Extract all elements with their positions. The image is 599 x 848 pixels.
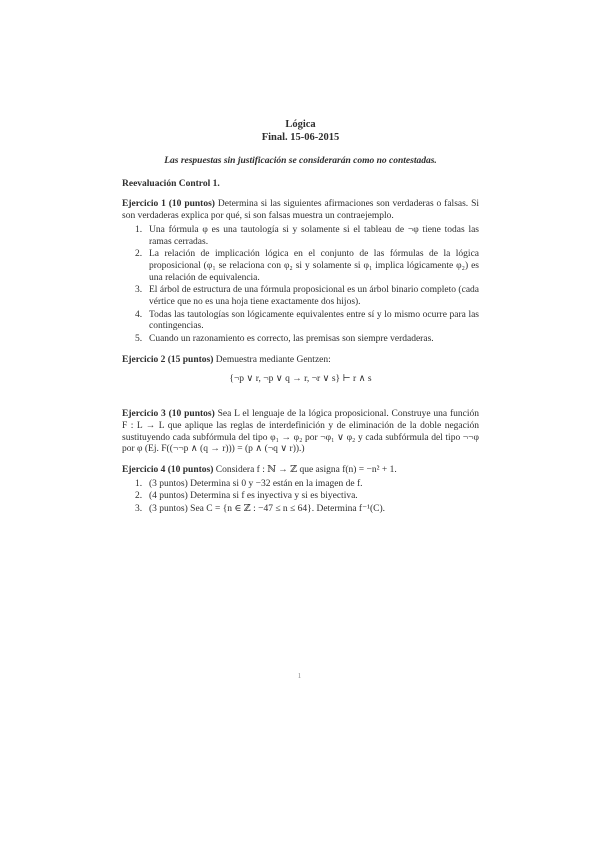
item-text: (4 puntos) Determina si f es inyectiva y… xyxy=(149,491,479,503)
ejercicio-3-paragraph: Ejercicio 3 (10 puntos) Sea L el lenguaj… xyxy=(122,409,479,456)
section-heading: Reevaluación Control 1. xyxy=(122,179,479,191)
item-number: 2. xyxy=(135,249,149,284)
page-number: 1 xyxy=(0,672,599,680)
ejercicio-4-heading: Ejercicio 4 (10 puntos) xyxy=(122,465,213,475)
item-text: Todas las tautologías son lógicamente eq… xyxy=(149,310,479,333)
item-number: 3. xyxy=(135,504,149,516)
list-item: 4. Todas las tautologías son lógicamente… xyxy=(135,310,479,333)
item-number: 3. xyxy=(135,285,149,308)
item-text: Cuando un razonamiento es correcto, las … xyxy=(149,334,479,346)
ejercicio-3-heading: Ejercicio 3 (10 puntos) xyxy=(122,409,215,419)
document-content: Lógica Final. 15-06-2015 Las respuestas … xyxy=(122,118,479,516)
item-text: Una fórmula φ es una tautología si y sol… xyxy=(149,225,479,248)
document-date-line: Final. 15-06-2015 xyxy=(122,131,479,144)
ejercicio-1-list: 1. Una fórmula φ es una tautología si y … xyxy=(135,225,479,346)
ejercicio-4-list: 1. (3 puntos) Determina si 0 y −32 están… xyxy=(135,479,479,516)
item-text: (3 puntos) Determina si 0 y −32 están en… xyxy=(149,479,479,491)
ejercicio-1-heading: Ejercicio 1 (10 puntos) xyxy=(122,199,215,209)
ejercicio-1-intro: Ejercicio 1 (10 puntos) Determina si las… xyxy=(122,199,479,222)
document-title: Lógica xyxy=(122,118,479,131)
list-item: 1. Una fórmula φ es una tautología si y … xyxy=(135,225,479,248)
list-item: 2. La relación de implicación lógica en … xyxy=(135,249,479,284)
list-item: 1. (3 puntos) Determina si 0 y −32 están… xyxy=(135,479,479,491)
exam-document-page: Lógica Final. 15-06-2015 Las respuestas … xyxy=(0,0,599,848)
ejercicio-2-intro: Ejercicio 2 (15 puntos) Demuestra median… xyxy=(122,355,479,367)
item-number: 2. xyxy=(135,491,149,503)
list-item: 3. El árbol de estructura de una fórmula… xyxy=(135,285,479,308)
item-text: (3 puntos) Sea C = {n ∈ ℤ : −47 ≤ n ≤ 64… xyxy=(149,504,479,516)
item-text: La relación de implicación lógica en el … xyxy=(149,249,479,284)
ejercicio-2-heading: Ejercicio 2 (15 puntos) xyxy=(122,355,213,365)
item-text: El árbol de estructura de una fórmula pr… xyxy=(149,285,479,308)
item-number: 1. xyxy=(135,479,149,491)
ejercicio-2-intro-text: Demuestra mediante Gentzen: xyxy=(216,355,331,365)
list-item: 3. (3 puntos) Sea C = {n ∈ ℤ : −47 ≤ n ≤… xyxy=(135,504,479,516)
item-number: 4. xyxy=(135,310,149,333)
ejercicio-4-intro: Ejercicio 4 (10 puntos) Considera f : ℕ … xyxy=(122,465,479,477)
gentzen-formula: {¬p ∨ r, ¬p ∨ q → r, ¬r ∨ s} ⊢ r ∧ s xyxy=(122,374,479,386)
justification-notice: Las respuestas sin justificación se cons… xyxy=(122,156,479,168)
item-number: 1. xyxy=(135,225,149,248)
list-item: 5. Cuando un razonamiento es correcto, l… xyxy=(135,334,479,346)
ejercicio-4-intro-text: Considera f : ℕ → ℤ que asigna f(n) = −n… xyxy=(216,465,397,475)
list-item: 2. (4 puntos) Determina si f es inyectiv… xyxy=(135,491,479,503)
item-number: 5. xyxy=(135,334,149,346)
